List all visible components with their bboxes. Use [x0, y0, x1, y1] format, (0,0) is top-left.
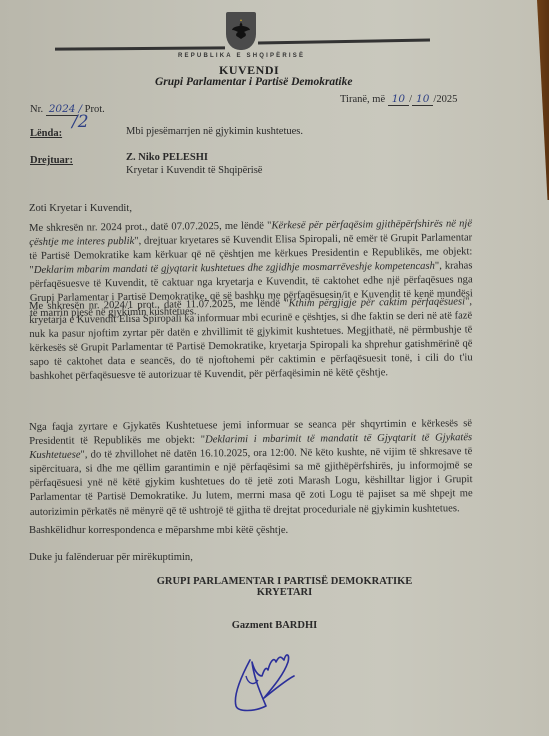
addressee-name: Z. Niko PELESHI [126, 152, 208, 163]
signatory-name: Gazment BARDHI [0, 620, 549, 631]
paragraph-2: Me shkresën nr. 2024/1 prot., datë 11.07… [29, 295, 473, 384]
signature-org-name: GRUPI PARLAMENTAR I PARTISË DEMOKRATIKE [20, 576, 549, 587]
protocol-number: Nr. 2024/ Prot. [30, 103, 105, 115]
closing-line: Duke ju falënderuar për mirëkuptimin, [29, 551, 472, 565]
subject-label: Lënda: [30, 128, 62, 139]
date-day: 10 [388, 93, 409, 106]
header-rule-right [258, 38, 430, 44]
protocol-sub-number: /2 [72, 112, 89, 132]
subject-value: Mbi pjesëmarrjen në gjykimin kushtetues. [126, 126, 303, 137]
letter-page: REPUBLIKA E SHQIPËRISË KUVENDI Grupi Par… [0, 0, 549, 736]
addressee-title: Kryetar i Kuvendit të Shqipërisë [126, 165, 262, 176]
eagle-icon [230, 19, 252, 43]
header-rule-left [55, 46, 225, 50]
nr-label: Nr. [30, 104, 43, 115]
letter-date: Tiranë, më 10/10/2025 [340, 93, 457, 105]
greeting: Zoti Kryetar i Kuvendit, [29, 202, 472, 216]
handwritten-signature-icon [228, 640, 308, 715]
albanian-eagle-emblem-icon [226, 12, 256, 50]
signature-role: KRYETARI [20, 587, 549, 598]
date-prefix: Tiranë, më [340, 94, 385, 105]
republic-heading: REPUBLIKA E SHQIPËRISË [178, 53, 305, 59]
paragraph-3: Nga faqja zyrtare e Gjykatës Kushtetuese… [29, 417, 473, 520]
date-year: /2025 [433, 94, 457, 105]
date-month: 10 [412, 93, 433, 106]
signature-organization: GRUPI PARLAMENTAR I PARTISË DEMOKRATIKE … [0, 576, 549, 598]
addressee-label: Drejtuar: [30, 155, 73, 166]
group-heading: Grupi Parlamentar i Partisë Demokratike [155, 76, 352, 88]
attachment-note: Bashkëlidhur korrespondenca e mëparshme … [29, 524, 472, 538]
